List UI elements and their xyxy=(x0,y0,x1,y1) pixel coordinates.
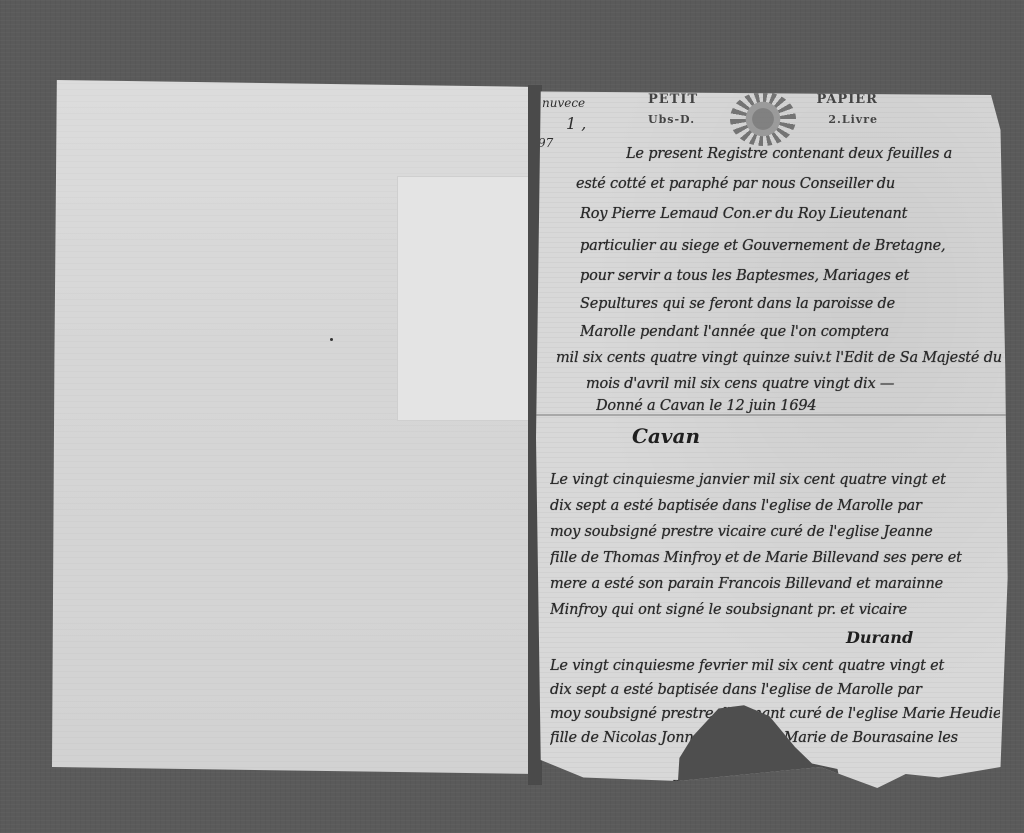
stamp-text: PETIT xyxy=(648,92,698,107)
certification-line: particulier au siege et Gouvernement de … xyxy=(580,238,1024,254)
certification-line: pour servir a tous les Baptesmes, Mariag… xyxy=(580,268,1024,284)
inserted-slip xyxy=(397,176,533,421)
folio-number: 97 xyxy=(538,136,553,150)
entry-signature: Durand xyxy=(846,628,913,647)
tax-stamp: PETIT PAPIER Ubs-D. 2.Livre xyxy=(648,92,878,148)
stamp-text: 2.Livre xyxy=(828,113,878,126)
entry-line: moy soubsigné prestre vicaire curé de l'… xyxy=(550,524,1000,540)
entry-line: Minfroy qui ont signé le soubsignant pr.… xyxy=(550,602,1000,618)
certification-line: mois d'avril mil six cens quatre vingt d… xyxy=(586,376,1024,392)
certification-line: Marolle pendant l'année que l'on compter… xyxy=(580,324,1024,340)
certification-line: Le present Registre contenant deux feuil… xyxy=(626,146,996,162)
fold-line xyxy=(536,414,1010,416)
entry-line: mere a esté son parain Francois Billevan… xyxy=(550,576,1000,592)
ink-speck xyxy=(330,338,333,341)
entry-line: dix sept a esté baptisée dans l'eglise d… xyxy=(550,498,1000,514)
stamp-text: Ubs-D. xyxy=(648,113,695,126)
margin-note: 1 , xyxy=(566,114,586,133)
entry-line: fille de Thomas Minfroy et de Marie Bill… xyxy=(550,550,1000,566)
certification-line: Donné a Cavan le 12 juin 1694 xyxy=(596,398,1024,414)
right-page: PETIT PAPIER Ubs-D. 2.Livre nuvece 1 , 9… xyxy=(536,88,1010,788)
entry-line: moy soubsigné prestre d'Esmant curé de l… xyxy=(550,706,1000,722)
stamp-emblem-icon xyxy=(730,92,796,146)
certification-line: Sepultures qui se feront dans la paroiss… xyxy=(580,296,1024,312)
entry-line: Le vingt cinquiesme janvier mil six cent… xyxy=(550,472,1000,488)
margin-note: nuvece xyxy=(542,96,585,110)
certification-line: Roy Pierre Lemaud Con.er du Roy Lieutena… xyxy=(580,206,1024,222)
certification-line: esté cotté et paraphé par nous Conseille… xyxy=(576,176,1024,192)
entry-line: dix sept a esté baptisée dans l'eglise d… xyxy=(550,682,1000,698)
entry-line: Le vingt cinquiesme fevrier mil six cent… xyxy=(550,658,1000,674)
stamp-text: PAPIER xyxy=(817,92,879,107)
certification-signature: Cavan xyxy=(632,424,700,448)
certification-line: mil six cents quatre vingt quinze suiv.t… xyxy=(556,350,1006,366)
